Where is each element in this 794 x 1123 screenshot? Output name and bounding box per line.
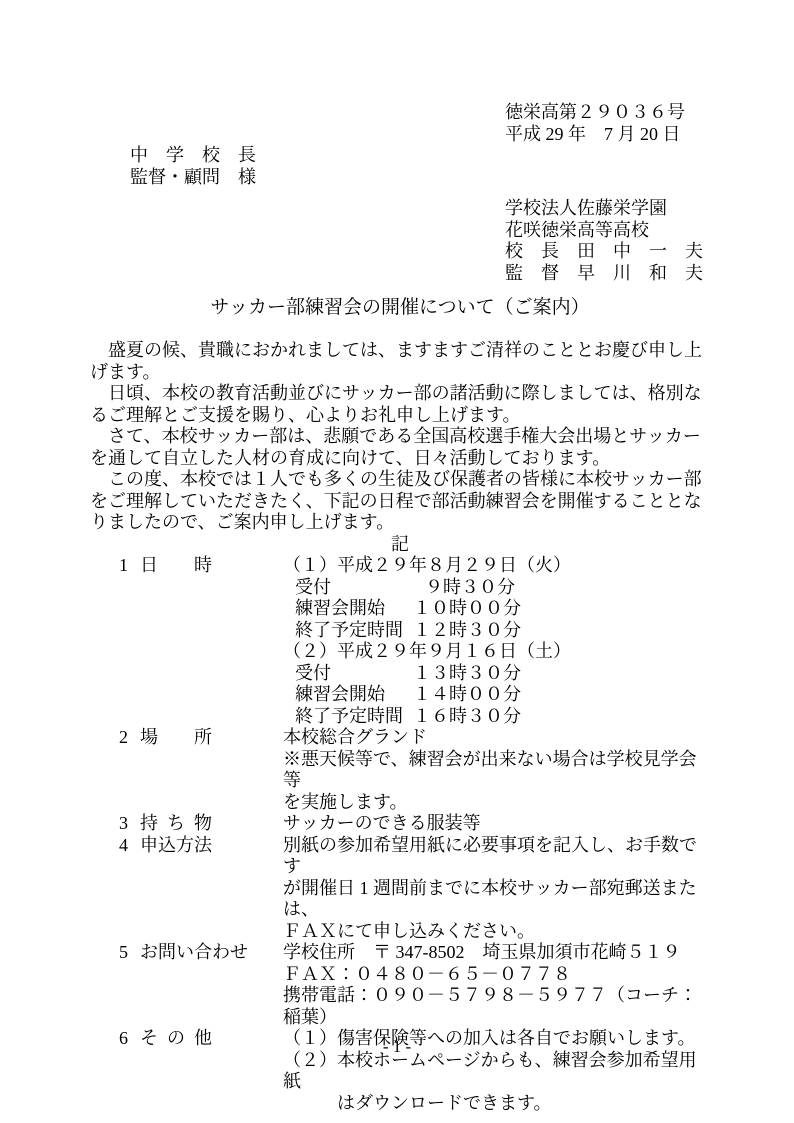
schedule-row-time: １０時００分: [413, 598, 521, 620]
text-line: 携帯電話：０９０－５７９８－５９７７（コーチ：稲葉）: [283, 985, 710, 1028]
schedule-row-label: 終了予定時間: [295, 706, 413, 728]
text-line: ＦＡＸにて申し込みください。: [283, 921, 710, 943]
sender-block: 学校法人佐藤栄学園花咲徳栄高等高校校 長 田 中 一 夫監 督 早 川 和 夫: [505, 198, 710, 284]
document-content: 徳栄高第２９０３６号 平成 29 年 7 月 20 日 中 学 校 長監督・顧問…: [0, 0, 794, 1114]
list-item-place: 2 場 所 本校総合グランド※悪天候等で、練習会が出来ない場合は学校見学会等を実…: [90, 727, 710, 813]
text-line: げます。: [90, 362, 710, 384]
item-content: 本校総合グランド※悪天候等で、練習会が出来ない場合は学校見学会等を実施します。: [283, 727, 710, 813]
schedule-row-label: 練習会開始: [295, 598, 413, 620]
body-text: 盛夏の候、貴職におかれましては、ますますご清祥のこととお慶び申し上げます。 日頃…: [90, 340, 710, 534]
items-list: 1 日 時 （１）平成２９年８月２９日（火） 受付 ９時３０分 練習会開始 １０…: [90, 555, 710, 1114]
doc-number: 徳栄高第２９０３６号: [505, 102, 710, 124]
schedule-row: 練習会開始 １４時００分: [283, 684, 710, 706]
schedule-row: 受付 ９時３０分: [283, 577, 710, 599]
text-line: をご理解していただきたく、下記の日程で部活動練習会を開催することとな: [90, 491, 710, 513]
schedule-row-time: １２時３０分: [413, 620, 521, 642]
list-item-contact: 5 お問い合わせ 学校住所 〒 347-8502 埼玉県加須市花崎５１９ＦＡＸ：…: [90, 942, 710, 1028]
schedule-row: 終了予定時間 １２時３０分: [283, 620, 710, 642]
text-line: 監 督 早 川 和 夫: [505, 263, 710, 285]
text-line: サッカーのできる服装等: [283, 813, 710, 835]
list-item-application: 4 申込方法 別紙の参加希望用紙に必要事項を記入し、お手数ですが開催日 1 週間…: [90, 835, 710, 943]
text-line: 日頃、本校の教育活動並びにサッカー部の諸活動に際しましては、格別な: [90, 383, 710, 405]
schedule-row-label: 終了予定時間: [295, 620, 413, 642]
document-header: 徳栄高第２９０３６号 平成 29 年 7 月 20 日: [505, 102, 710, 145]
schedule-row: 終了予定時間 １６時３０分: [283, 706, 710, 728]
schedule-row-time: １３時３０分: [413, 663, 521, 685]
text-line: 校 長 田 中 一 夫: [505, 241, 710, 263]
record-marker: 記: [90, 534, 710, 556]
text-line: 学校法人佐藤栄学園: [505, 198, 710, 220]
schedule-heading: （２）平成２９年９月１６日（土）: [283, 641, 710, 663]
text-line: 本校総合グランド: [283, 727, 710, 749]
item-label: 持 ち 物: [140, 813, 283, 835]
text-line: ＦＡＸ：０４８０－６５－０７７８: [283, 964, 710, 986]
item-label: 日 時: [140, 555, 283, 577]
text-line: 花咲徳栄高等高校: [505, 220, 710, 242]
schedule-row-time: １４時００分: [413, 684, 521, 706]
schedule-row: 練習会開始 １０時００分: [283, 598, 710, 620]
item-content: サッカーのできる服装等: [283, 813, 710, 835]
list-item-belongings: 3 持 ち 物 サッカーのできる服装等: [90, 813, 710, 835]
item-number: 4: [90, 835, 140, 857]
text-line: はダウンロードできます。: [283, 1093, 710, 1115]
schedule-row-label: 受付: [295, 663, 413, 685]
item-label: 申込方法: [140, 835, 283, 857]
text-line: 別紙の参加希望用紙に必要事項を記入し、お手数です: [283, 835, 710, 878]
document-title: サッカー部練習会の開催について（ご案内）: [90, 296, 710, 320]
schedule-row-time: １６時３０分: [413, 706, 521, 728]
schedule-row: 受付 １３時３０分: [283, 663, 710, 685]
schedule-row-label: 練習会開始: [295, 684, 413, 706]
item-label: お問い合わせ: [140, 942, 283, 964]
item-number: 1: [90, 555, 140, 577]
text-line: ※悪天候等で、練習会が出来ない場合は学校見学会等: [283, 749, 710, 792]
text-line: を実施します。: [283, 792, 710, 814]
schedule-row-time: ９時３０分: [413, 577, 515, 599]
text-line: りましたので、ご案内申し上げます。: [90, 512, 710, 534]
text-line: を通して自立した人材の育成に向けて、日々活動しております。: [90, 448, 710, 470]
text-line: 監督・顧問 様: [130, 167, 710, 189]
item-number: 3: [90, 813, 140, 835]
text-line: が開催日 1 週間前までに本校サッカー部宛郵送または、: [283, 878, 710, 921]
document-page: 徳栄高第２９０３６号 平成 29 年 7 月 20 日 中 学 校 長監督・顧問…: [0, 0, 794, 1123]
text-line: さて、本校サッカー部は、悲願である全国高校選手権大会出場とサッカー: [90, 426, 710, 448]
item-number: 5: [90, 942, 140, 964]
item-content: 別紙の参加希望用紙に必要事項を記入し、お手数ですが開催日 1 週間前までに本校サ…: [283, 835, 710, 943]
item-label: 場 所: [140, 727, 283, 749]
text-line: 学校住所 〒 347-8502 埼玉県加須市花崎５１９: [283, 942, 710, 964]
text-line: 中 学 校 長: [130, 145, 710, 167]
page-number: - 1 -: [0, 1036, 794, 1058]
text-line: るご理解とご支援を賜り、心よりお礼申し上げます。: [90, 405, 710, 427]
recipient-block: 中 学 校 長監督・顧問 様: [130, 145, 710, 188]
text-line: この度、本校では１人でも多くの生徒及び保護者の皆様に本校サッカー部: [90, 469, 710, 491]
schedule-row-label: 受付: [295, 577, 413, 599]
item-content: （１）平成２９年８月２９日（火） 受付 ９時３０分 練習会開始 １０時００分 終…: [283, 555, 710, 727]
list-item-datetime: 1 日 時 （１）平成２９年８月２９日（火） 受付 ９時３０分 練習会開始 １０…: [90, 555, 710, 727]
schedule-heading: （１）平成２９年８月２９日（火）: [283, 555, 710, 577]
item-content: 学校住所 〒 347-8502 埼玉県加須市花崎５１９ＦＡＸ：０４８０－６５－０…: [283, 942, 710, 1028]
item-number: 2: [90, 727, 140, 749]
text-line: 盛夏の候、貴職におかれましては、ますますご清祥のこととお慶び申し上: [90, 340, 710, 362]
issue-date: 平成 29 年 7 月 20 日: [505, 124, 710, 146]
